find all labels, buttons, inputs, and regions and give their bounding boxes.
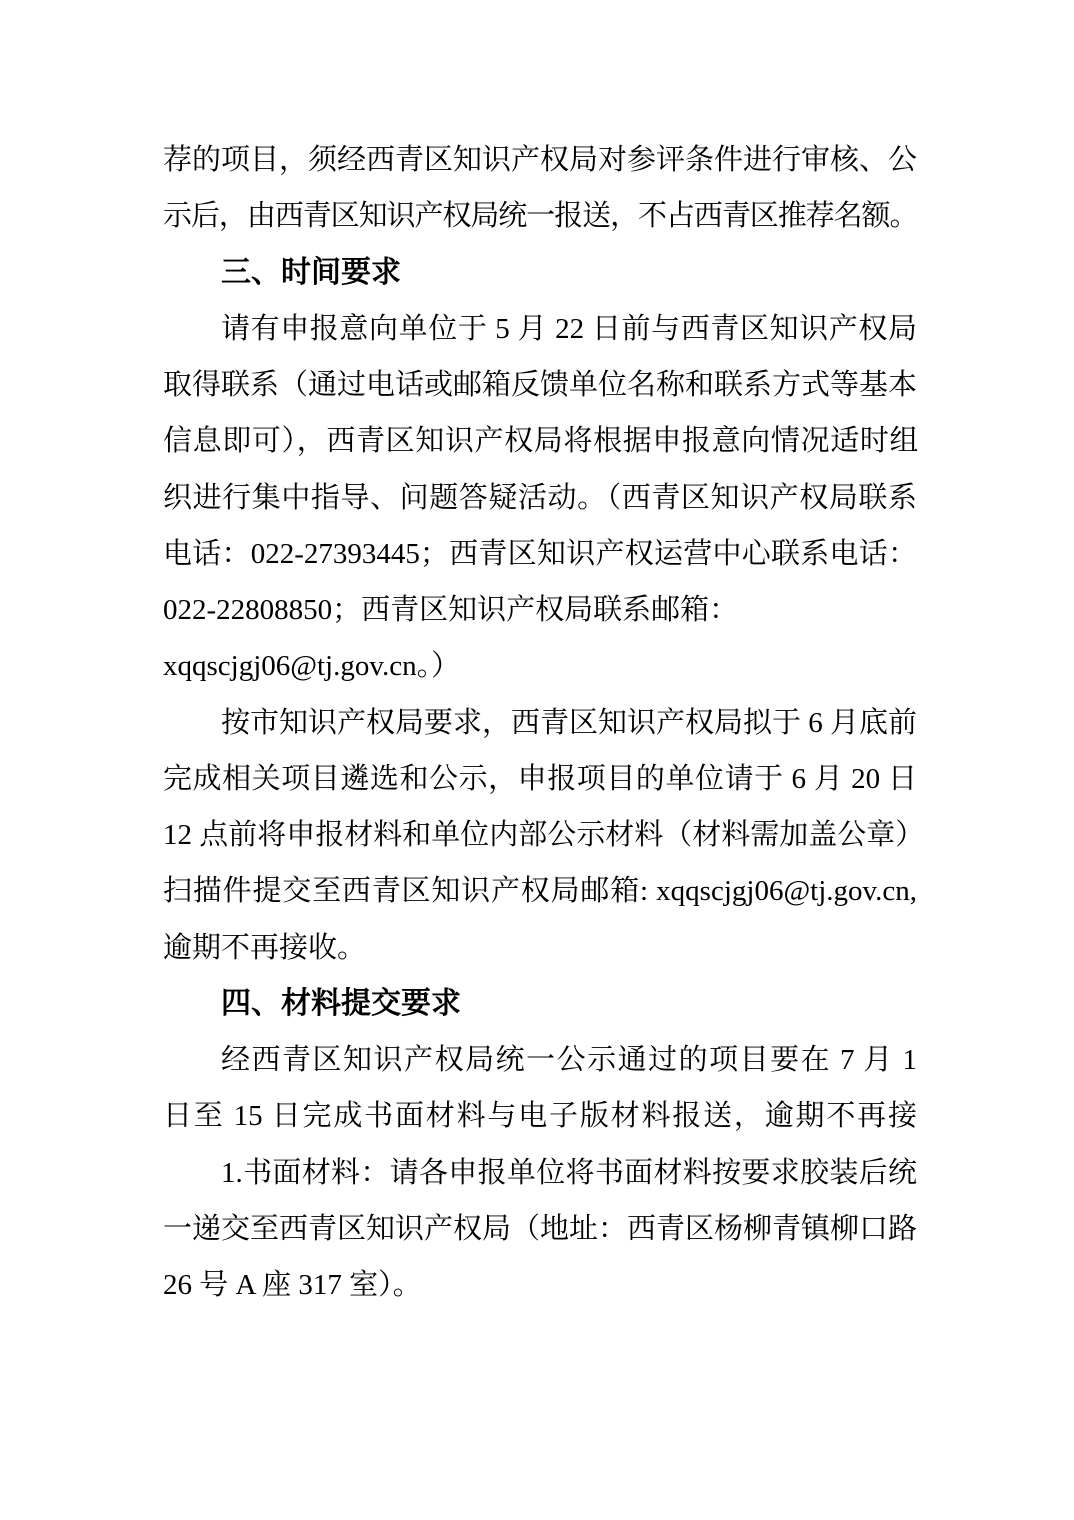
body-line: 经西青区知识产权局统一公示通过的项目要在 7 月 1 — [163, 1032, 917, 1088]
body-line: 一递交至西青区知识产权局（地址：西青区杨柳青镇柳口路 — [163, 1201, 917, 1257]
body-line: 示后，由西青区知识产权局统一报送，不占西青区推荐名额。 — [163, 188, 917, 244]
body-line: 12 点前将申报材料和单位内部公示材料（材料需加盖公章） — [163, 807, 917, 863]
body-line: 完成相关项目遴选和公示，申报项目的单位请于 6 月 20 日 — [163, 751, 917, 807]
body-line: 荐的项目，须经西青区知识产权局对参评条件进行审核、公 — [163, 132, 917, 188]
body-line: 日至 15 日完成书面材料与电子版材料报送，逾期不再接收。 — [163, 1088, 917, 1144]
body-line-email: xqqscjgj06@tj.gov.cn。） — [163, 638, 917, 694]
body-line-email: 扫描件提交至西青区知识产权局邮箱: xqqscjgj06@tj.gov.cn, — [163, 863, 917, 919]
section-heading-material-submission: 四、材料提交要求 — [163, 976, 917, 1032]
body-line: 按市知识产权局要求，西青区知识产权局拟于 6 月底前 — [163, 695, 917, 751]
body-line: 请有申报意向单位于 5 月 22 日前与西青区知识产权局 — [163, 301, 917, 357]
body-line: 信息即可），西青区知识产权局将根据申报意向情况适时组 — [163, 413, 917, 469]
body-line: 织进行集中指导、问题答疑活动。（西青区知识产权局联系 — [163, 470, 917, 526]
body-line: 1.书面材料：请各申报单位将书面材料按要求胶装后统 — [163, 1145, 917, 1201]
section-heading-time-requirements: 三、时间要求 — [163, 245, 917, 301]
body-line: 电话：022-27393445；西青区知识产权运营中心联系电话： — [163, 526, 917, 582]
document-content: 荐的项目，须经西青区知识产权局对参评条件进行审核、公 示后，由西青区知识产权局统… — [163, 132, 917, 1313]
body-line: 逾期不再接收。 — [163, 920, 917, 976]
body-line-address: 26 号 A 座 317 室）。 — [163, 1257, 917, 1313]
body-line: 022-22808850；西青区知识产权局联系邮箱： — [163, 582, 917, 638]
body-line: 取得联系（通过电话或邮箱反馈单位名称和联系方式等基本 — [163, 357, 917, 413]
document-page: 荐的项目，须经西青区知识产权局对参评条件进行审核、公 示后，由西青区知识产权局统… — [0, 0, 1074, 1520]
